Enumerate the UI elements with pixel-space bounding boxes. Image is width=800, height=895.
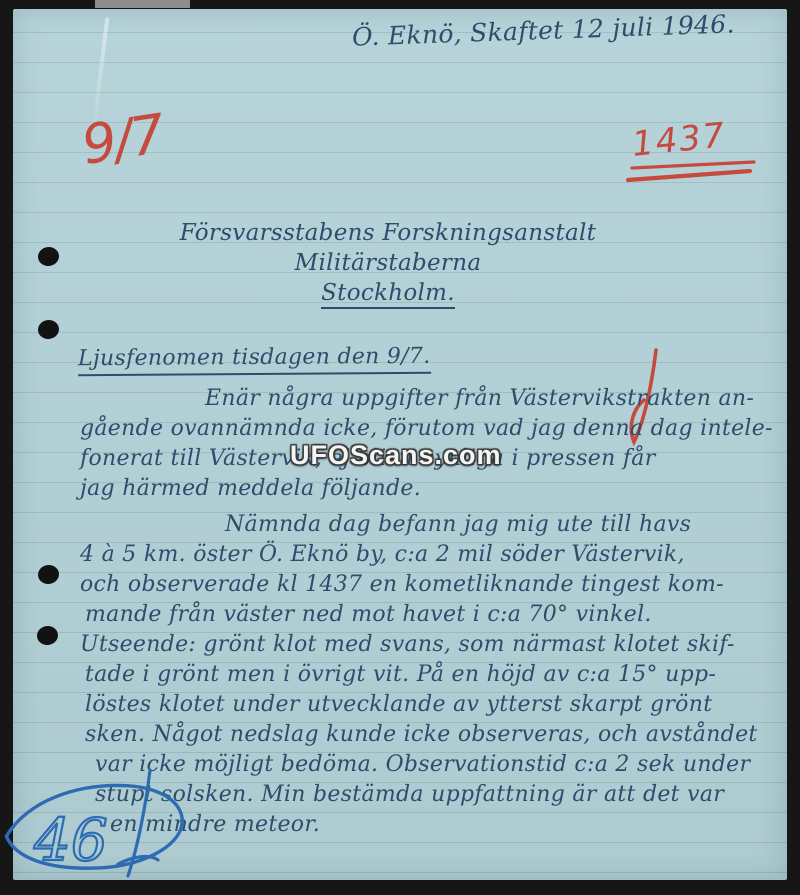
- recipient-line: Försvarsstabens Forskningsanstalt: [88, 218, 688, 248]
- watermark: UFOScans.com: [290, 440, 502, 471]
- body-line: tade i grönt men i övrigt vit. På en höj…: [85, 662, 716, 688]
- body-line: Nämnda dag befann jag mig ute till havs: [225, 512, 691, 538]
- body-line: löstes klotet under utvecklande av ytter…: [85, 692, 712, 718]
- body-line: mande från väster ned mot havet i c:a 70…: [85, 602, 652, 628]
- recipient-city: Stockholm.: [321, 280, 455, 309]
- red-date-annotation: 9/7: [78, 102, 168, 177]
- blue-circle-number: 46: [33, 806, 108, 874]
- body-line: gående ovannämnda icke, förutom vad jag …: [80, 416, 773, 442]
- red-double-underline: [628, 160, 758, 190]
- body-line: sken. Något nedslag kunde icke observera…: [85, 722, 758, 748]
- recipient-line: Militärstaberna: [88, 248, 688, 278]
- body-line: Enär några uppgifter från Västervikstrak…: [205, 386, 754, 412]
- body-line: 4 à 5 km. öster Ö. Eknö by, c:a 2 mil sö…: [80, 542, 685, 568]
- body-line: jag härmed meddela följande.: [80, 476, 421, 502]
- recipient-block: Försvarsstabens Forskningsanstalt Militä…: [88, 218, 688, 308]
- scanner-edge-strip: [95, 0, 190, 8]
- body-line: Utseende: grönt klot med svans, som närm…: [80, 632, 735, 658]
- scanned-document: Ö. Eknö, Skaftet 12 juli 1946. 9/7 1437 …: [0, 0, 800, 895]
- paper-crease: [93, 17, 110, 122]
- body-line: och observerade kl 1437 en kometliknande…: [80, 572, 724, 598]
- subject-heading: Ljusfenomen tisdagen den 9/7.: [78, 344, 431, 376]
- recipient-line: Stockholm.: [88, 278, 688, 308]
- blue-circle-annotation: 46: [0, 768, 210, 883]
